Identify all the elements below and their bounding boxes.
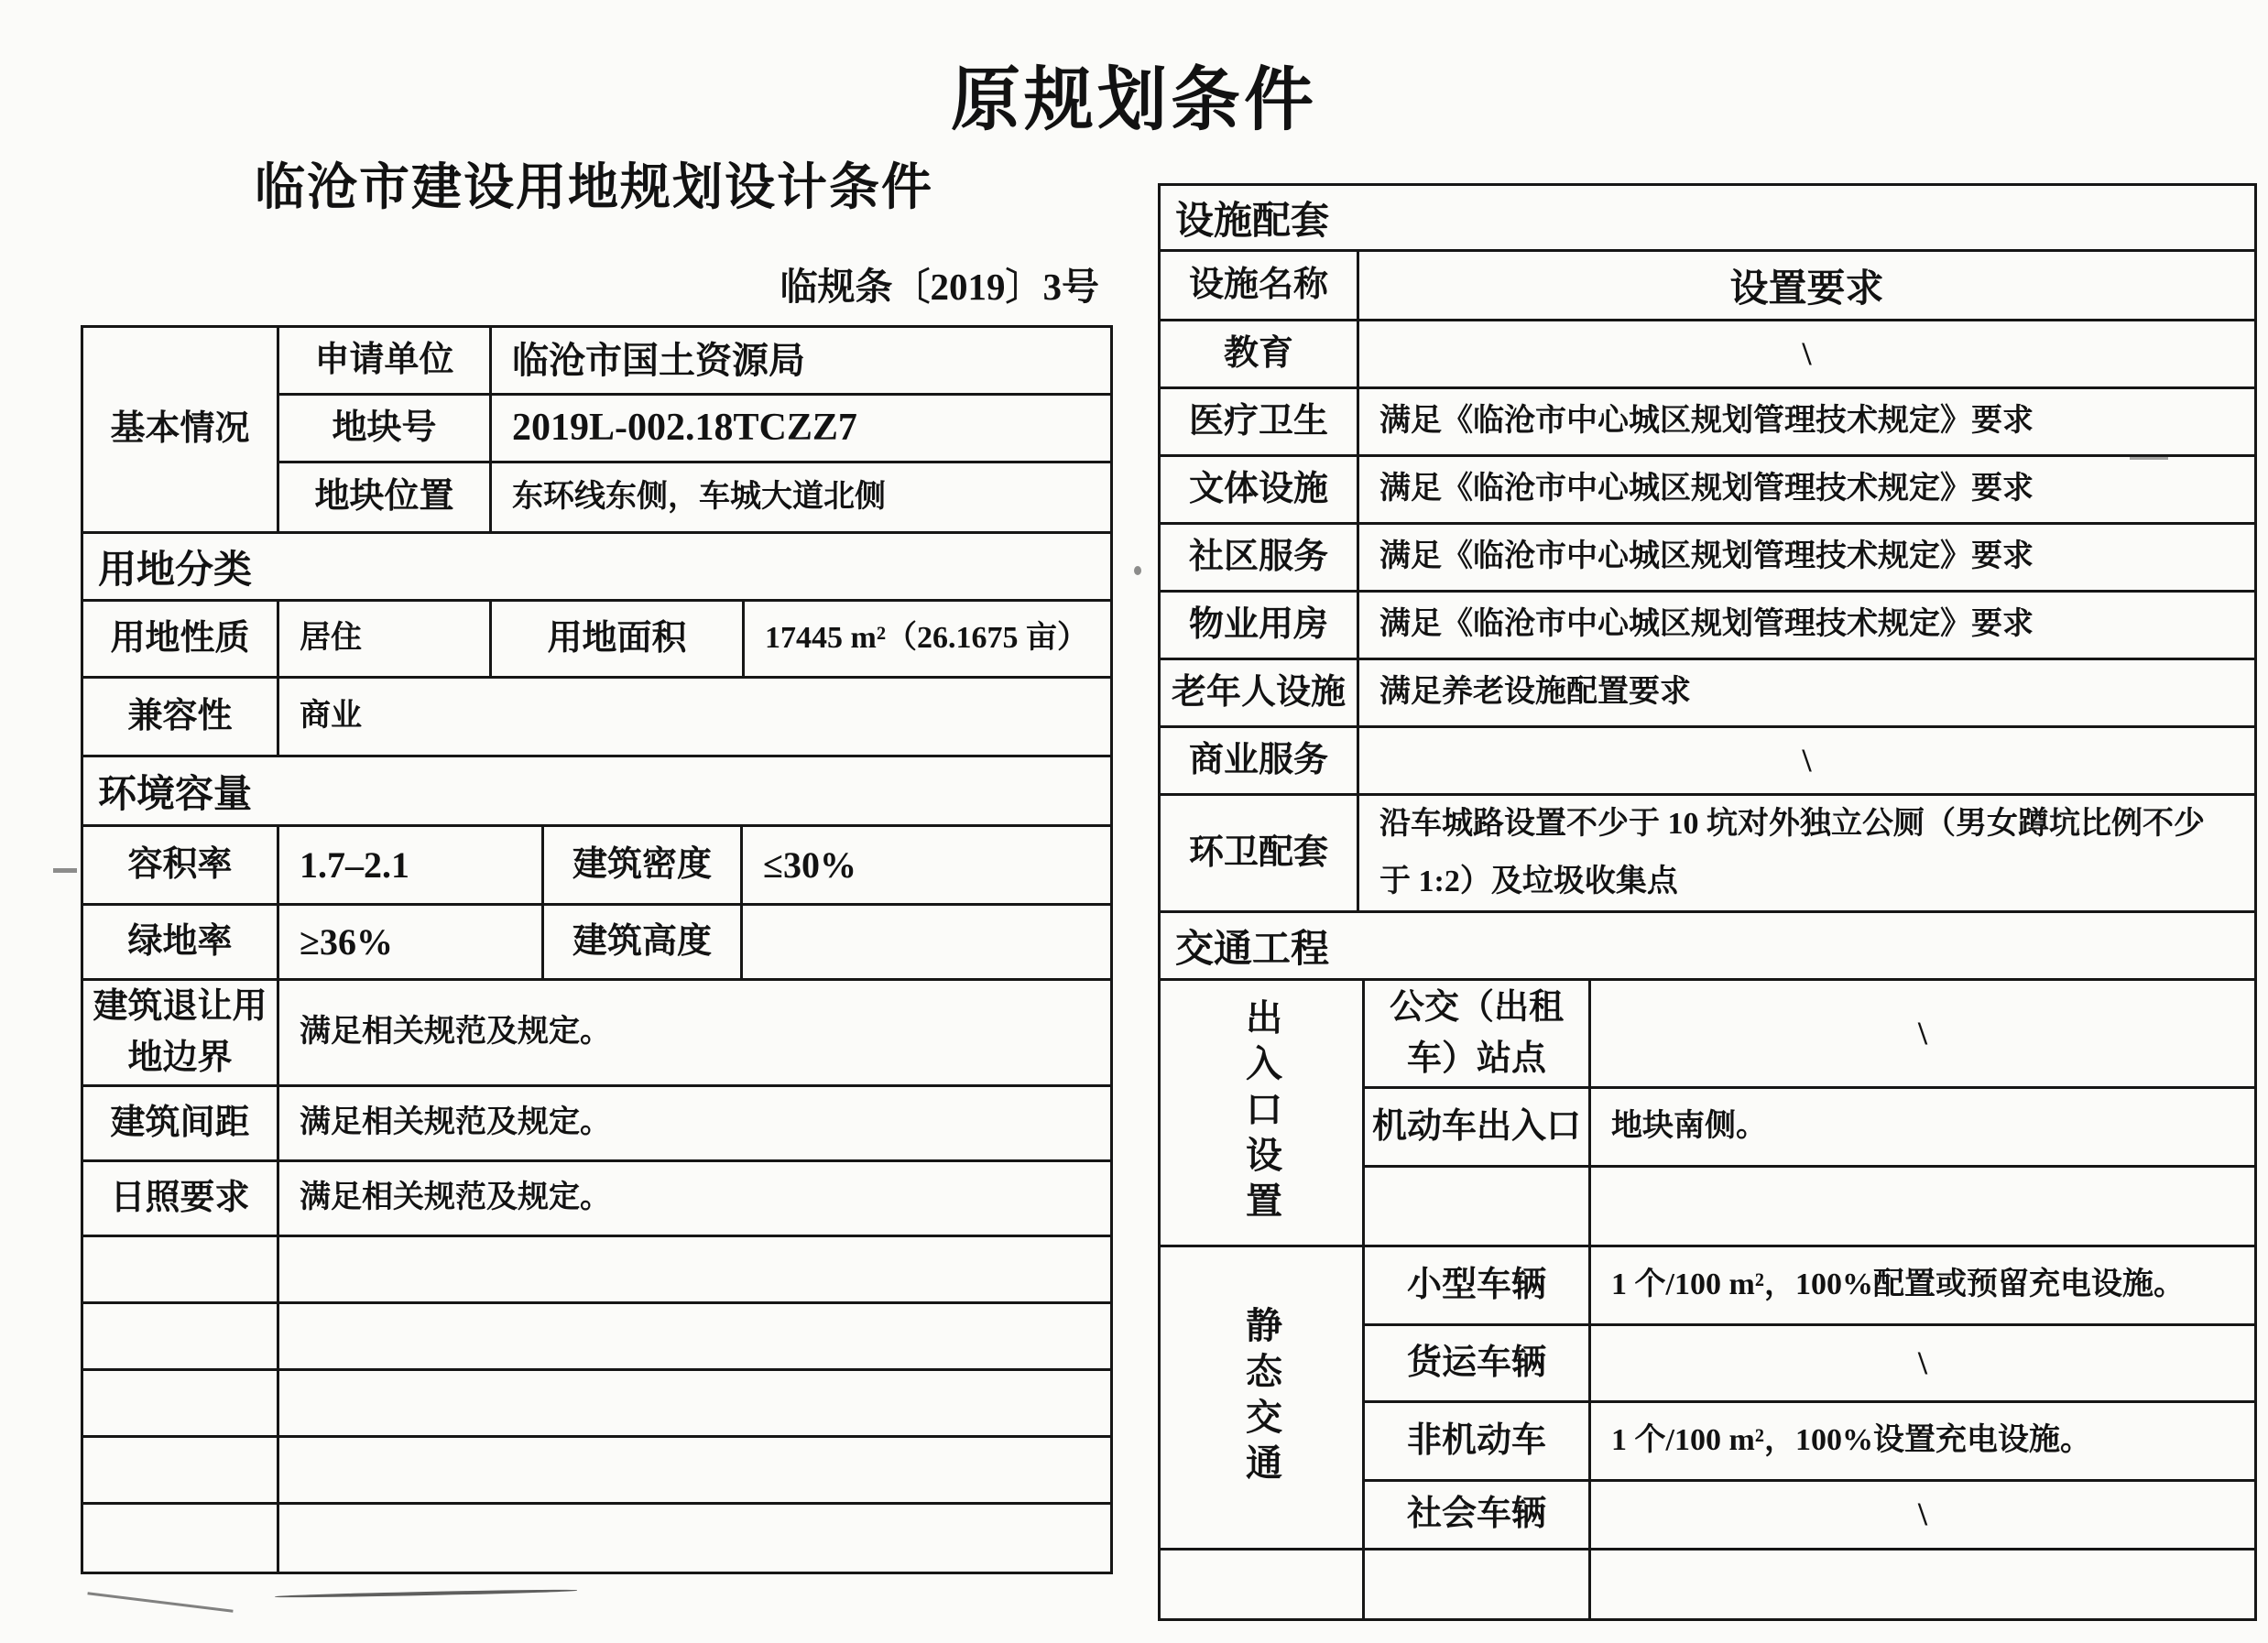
empty-cell [83,1304,279,1368]
empty-cell [83,1505,279,1572]
parking-group-label: 静态交通 [1161,1247,1365,1548]
table-row: 文体设施 满足《临沧市中心城区规划管理技术规定》要求 [1161,457,2254,525]
environment-header: 环境容量 [83,757,1110,824]
land-area-value: 17445 m²（26.1675 亩） [745,602,1110,676]
social-vehicle-value: \ [1591,1482,2254,1548]
table-row: 商业服务 \ [1161,728,2254,796]
table-row: 容积率 1.7–2.1 建筑密度 ≤30% [83,827,1110,906]
property-room-label: 物业用房 [1161,593,1359,658]
scan-artifact [2130,456,2168,460]
sanitation-label: 环卫配套 [1161,796,1359,910]
empty-row [1161,1551,2254,1618]
education-label: 教育 [1161,321,1359,386]
traffic-header: 交通工程 [1161,913,2254,978]
education-value: \ [1359,321,2254,386]
green-ratio-value: ≥36% [279,906,544,978]
scan-artifact [53,868,77,873]
table-row: 日照要求 满足相关规范及规定。 [83,1162,1110,1237]
property-room-value: 满足《临沧市中心城区规划管理技术规定》要求 [1359,593,2254,658]
density-label: 建筑密度 [544,827,743,903]
vehicle-access-value: 地块南侧。 [1591,1089,2254,1165]
spacing-label: 建筑间距 [83,1087,279,1159]
community-service-label: 社区服务 [1161,525,1359,590]
empty-row [83,1371,1110,1438]
freight-vehicle-value: \ [1591,1326,2254,1400]
page-title: 原规划条件 [0,44,2268,144]
far-label: 容积率 [83,827,279,903]
table-row: 环境容量 [83,757,1110,827]
elderly-facility-value: 满足养老设施配置要求 [1359,660,2254,725]
medical-value: 满足《临沧市中心城区规划管理技术规定》要求 [1359,389,2254,454]
plot-number-value: 2019L-002.18TCZZ7 [492,396,1110,461]
left-table: 基本情况 申请单位 临沧市国土资源局 地块号 2019L-002.18TCZZ7… [81,325,1113,1574]
plot-location-value: 东环线东侧，车城大道北侧 [492,463,1110,531]
land-use-label: 用地性质 [83,602,279,676]
table-row: 小型车辆 1 个/100 m²，100%配置或预留充电设施。 [1365,1247,2254,1326]
culture-sport-label: 文体设施 [1161,457,1359,522]
small-vehicle-label: 小型车辆 [1365,1247,1591,1323]
table-row: 老年人设施 满足养老设施配置要求 [1161,660,2254,728]
bus-taxi-stop-value: \ [1591,981,2254,1086]
right-table: 设施配套 设施名称 设置要求 教育 \ 医疗卫生 满足《临沧市中心城区规划管理技… [1158,183,2257,1621]
empty-row [83,1304,1110,1371]
table-row: 环卫配套 沿车城路设置不少于 10 坑对外独立公厕（男女蹲坑比例不少于 1:2）… [1161,796,2254,913]
empty-cell [83,1371,279,1435]
non-motor-vehicle-value: 1 个/100 m²，100%设置充电设施。 [1591,1403,2254,1479]
table-row: 建筑间距 满足相关规范及规定。 [83,1087,1110,1162]
applicant-label: 申请单位 [279,328,492,393]
setback-label: 建筑退让用地边界 [83,981,279,1084]
table-row: 地块位置 东环线东侧，车城大道北侧 [279,463,1110,531]
parking-group-rows: 小型车辆 1 个/100 m²，100%配置或预留充电设施。 货运车辆 \ 非机… [1365,1247,2254,1548]
non-motor-vehicle-label: 非机动车 [1365,1403,1591,1479]
scan-artifact [1134,566,1141,575]
empty-cell [279,1237,1110,1301]
elderly-facility-label: 老年人设施 [1161,660,1359,725]
scan-artifact [275,1589,577,1599]
compatibility-value: 商业 [279,679,1110,755]
building-height-label: 建筑高度 [544,906,743,978]
table-row: 地块号 2019L-002.18TCZZ7 [279,396,1110,463]
table-row: 公交（出租车）站点 \ [1365,981,2254,1089]
table-row: 兼容性 商业 [83,679,1110,757]
small-vehicle-value: 1 个/100 m²，100%配置或预留充电设施。 [1591,1247,2254,1323]
empty-cell [1161,1551,1365,1618]
scanned-document-page: 原规划条件 临沧市建设用地规划设计条件 临规条〔2019〕3号 基本情况 申请单… [0,0,2268,1643]
vehicle-access-label: 机动车出入口 [1365,1089,1591,1165]
table-row: 用地分类 [83,534,1110,602]
sunlight-value: 满足相关规范及规定。 [279,1162,1110,1235]
table-row: 申请单位 临沧市国土资源局 [279,328,1110,396]
table-row: 绿地率 ≥36% 建筑高度 [83,906,1110,981]
facilities-header: 设施配套 [1161,186,2254,249]
access-group-rows: 公交（出租车）站点 \ 机动车出入口 地块南侧。 [1365,981,2254,1245]
setback-value: 满足相关规范及规定。 [279,981,1110,1084]
table-header-row: 设施名称 设置要求 [1161,252,2254,321]
sanitation-value: 沿车城路设置不少于 10 坑对外独立公厕（男女蹲坑比例不少于 1:2）及垃圾收集… [1359,796,2254,910]
land-use-value: 居住 [279,602,492,676]
green-ratio-label: 绿地率 [83,906,279,978]
table-row: 教育 \ [1161,321,2254,389]
plot-number-label: 地块号 [279,396,492,461]
commercial-service-value: \ [1359,728,2254,793]
scan-artifact [87,1592,233,1612]
community-service-value: 满足《临沧市中心城区规划管理技术规定》要求 [1359,525,2254,590]
table-row: 用地性质 居住 用地面积 17445 m²（26.1675 亩） [83,602,1110,679]
empty-cell [83,1237,279,1301]
building-height-value [743,906,1110,978]
table-row: 货运车辆 \ [1365,1326,2254,1403]
far-value: 1.7–2.1 [279,827,544,903]
spacing-value: 满足相关规范及规定。 [279,1087,1110,1159]
freight-vehicle-label: 货运车辆 [1365,1326,1591,1400]
table-row: 建筑退让用地边界 满足相关规范及规定。 [83,981,1110,1087]
sunlight-label: 日照要求 [83,1162,279,1235]
commercial-service-label: 商业服务 [1161,728,1359,793]
land-area-label: 用地面积 [492,602,745,676]
table-row: 社区服务 满足《临沧市中心城区规划管理技术规定》要求 [1161,525,2254,593]
document-subtitle: 临沧市建设用地规划设计条件 [255,147,933,219]
access-group-label: 出入口设置 [1161,981,1365,1245]
empty-row [83,1438,1110,1505]
compatibility-label: 兼容性 [83,679,279,755]
empty-cell [279,1304,1110,1368]
requirement-header: 设置要求 [1359,252,2254,319]
land-class-header: 用地分类 [83,534,1110,599]
table-row: 非机动车 1 个/100 m²，100%设置充电设施。 [1365,1403,2254,1482]
document-number: 临规条〔2019〕3号 [81,256,1099,310]
table-row: 社会车辆 \ [1365,1482,2254,1548]
culture-sport-value: 满足《临沧市中心城区规划管理技术规定》要求 [1359,457,2254,522]
basic-info-label: 基本情况 [83,328,279,531]
empty-cell [83,1438,279,1502]
table-row: 交通工程 [1161,913,2254,981]
empty-row [1365,1168,2254,1245]
empty-cell [1591,1168,2254,1245]
table-row: 物业用房 满足《临沧市中心城区规划管理技术规定》要求 [1161,593,2254,660]
table-row: 机动车出入口 地块南侧。 [1365,1089,2254,1168]
facility-name-header: 设施名称 [1161,252,1359,319]
empty-cell [1365,1168,1591,1245]
access-group: 出入口设置 公交（出租车）站点 \ 机动车出入口 地块南侧。 [1161,981,2254,1247]
parking-group: 静态交通 小型车辆 1 个/100 m²，100%配置或预留充电设施。 货运车辆… [1161,1247,2254,1551]
bus-taxi-stop-label: 公交（出租车）站点 [1365,981,1591,1086]
empty-cell [279,1438,1110,1502]
basic-info-rows: 申请单位 临沧市国土资源局 地块号 2019L-002.18TCZZ7 地块位置… [279,328,1110,531]
medical-label: 医疗卫生 [1161,389,1359,454]
empty-cell [1591,1551,2254,1618]
empty-row [83,1237,1110,1304]
density-value: ≤30% [743,827,1110,903]
table-row: 医疗卫生 满足《临沧市中心城区规划管理技术规定》要求 [1161,389,2254,457]
social-vehicle-label: 社会车辆 [1365,1482,1591,1548]
basic-info-group: 基本情况 申请单位 临沧市国土资源局 地块号 2019L-002.18TCZZ7… [83,328,1110,534]
applicant-value: 临沧市国土资源局 [492,328,1110,393]
empty-cell [279,1505,1110,1572]
empty-row [83,1505,1110,1572]
empty-cell [279,1371,1110,1435]
plot-location-label: 地块位置 [279,463,492,531]
table-row: 设施配套 [1161,186,2254,252]
empty-cell [1365,1551,1591,1618]
